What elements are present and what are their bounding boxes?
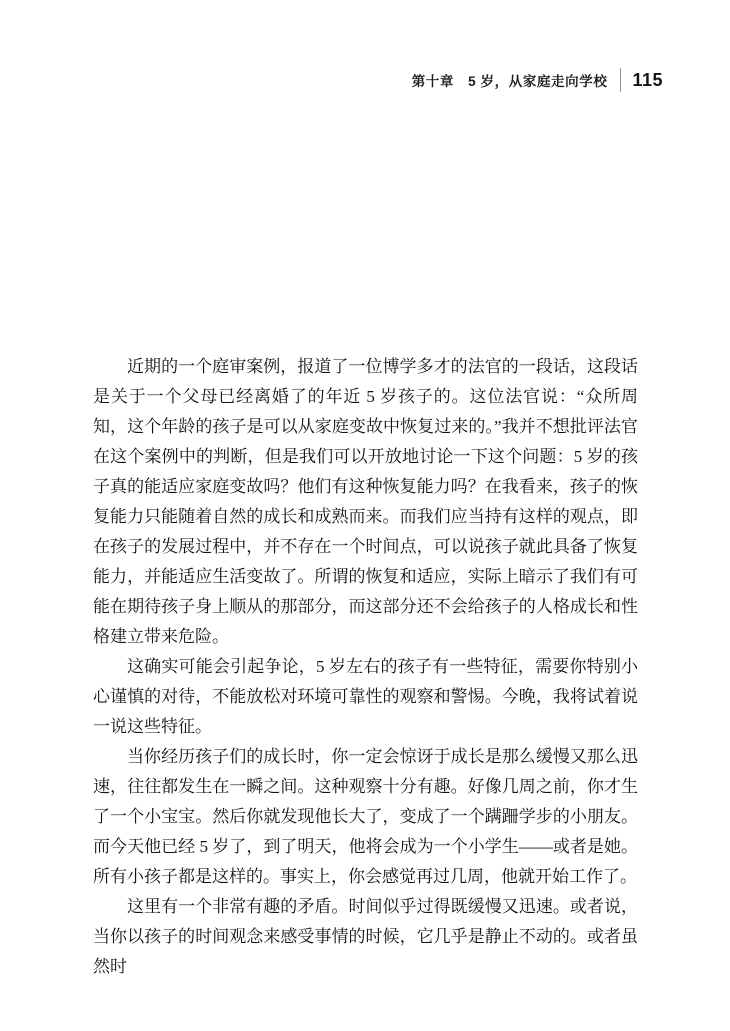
paragraph-1: 近期的一个庭审案例，报道了一位博学多才的法官的一段话，这段话是关于一个父母已经离… (93, 352, 638, 652)
body-text: 近期的一个庭审案例，报道了一位博学多才的法官的一段话，这段话是关于一个父母已经离… (93, 352, 638, 982)
paragraph-4: 这里有一个非常有趣的矛盾。时间似乎过得既缓慢又迅速。或者说，当你以孩子的时间观念… (93, 892, 638, 982)
book-page: 第十章 5 岁，从家庭走向学校 115 近期的一个庭审案例，报道了一位博学多才的… (0, 0, 730, 1031)
paragraph-2: 这确实可能会引起争论，5 岁左右的孩子有一些特征，需要你特别小心谨慎的对待，不能… (93, 652, 638, 742)
page-number: 115 (632, 70, 663, 91)
header-divider (620, 68, 621, 92)
running-header: 第十章 5 岁，从家庭走向学校 115 (412, 66, 663, 94)
chapter-title: 第十章 5 岁，从家庭走向学校 (412, 70, 608, 90)
paragraph-3: 当你经历孩子们的成长时，你一定会惊讶于成长是那么缓慢又那么迅速，往往都发生在一瞬… (93, 742, 638, 892)
